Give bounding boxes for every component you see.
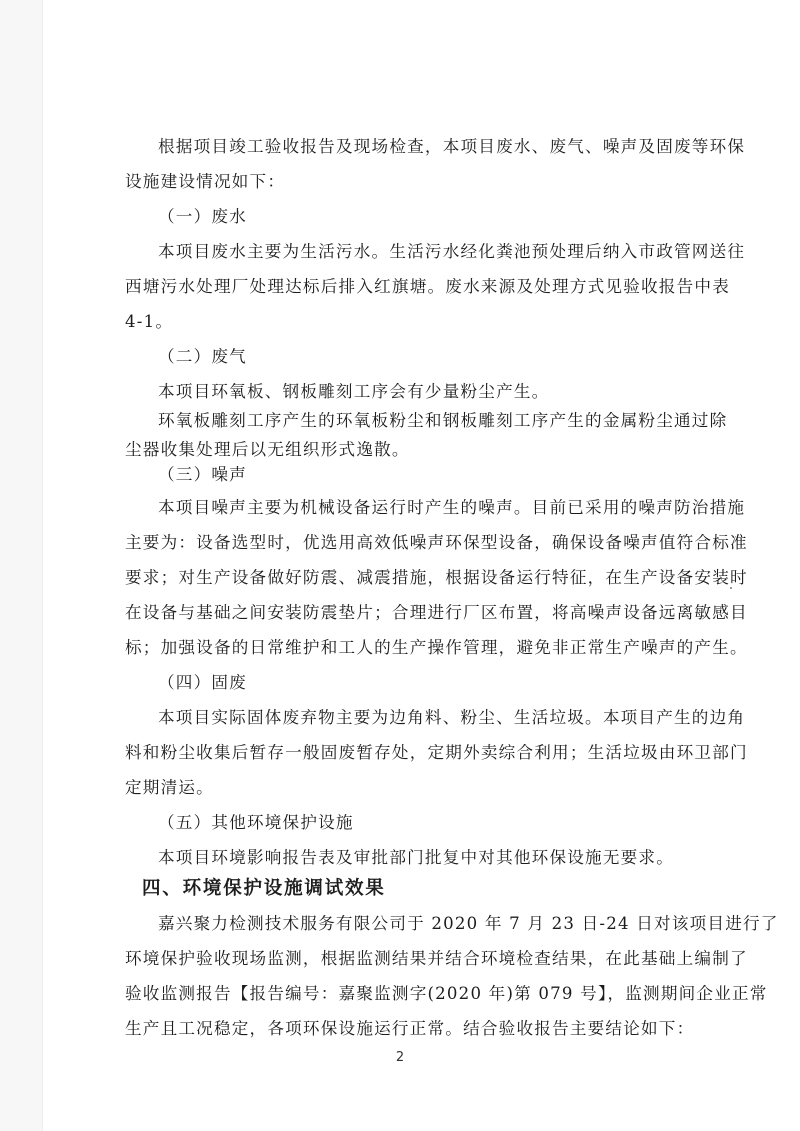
section-heading-other-facilities: （五）其他环境保护设施: [158, 812, 354, 834]
paragraph-line: 本项目环境影响报告表及审批部门批复中对其他环保设施无要求。: [158, 847, 680, 869]
paragraph-line: 主要为：设备选型时，优选用高效低噪声环保型设备，确保设备噪声值符合标准: [125, 532, 680, 554]
paragraph-line: 嘉兴聚力检测技术服务有限公司于 2020 年 7 月 23 日-24 日对该项目…: [158, 913, 680, 935]
paragraph-line: 环境保护验收现场监测，根据监测结果并结合环境检查结果，在此基础上编制了: [125, 948, 680, 970]
scan-speck: [730, 587, 732, 589]
paragraph-line: 西塘污水处理厂处理达标后排入红旗塘。废水来源及处理方式见验收报告中表: [125, 276, 680, 298]
paragraph-line: 本项目环氧板、钢板雕刻工序会有少量粉尘产生。: [158, 381, 680, 403]
intro-line: 根据项目竣工验收报告及现场检查，本项目废水、废气、噪声及固废等环保: [158, 136, 680, 158]
paragraph-line: 要求；对生产设备做好防震、减震措施，根据设备运行特征，在生产设备安装时: [125, 567, 680, 589]
page-number: 2: [393, 1050, 407, 1065]
paragraph-line: 环氧板雕刻工序产生的环氧板粉尘和钢板雕刻工序产生的金属粉尘通过除: [158, 410, 680, 432]
paragraph-line: 定期清运。: [125, 777, 680, 799]
document-page: 根据项目竣工验收报告及现场检查，本项目废水、废气、噪声及固废等环保 设施建设情况…: [0, 0, 800, 1131]
section-heading-solid-waste: （四）固废: [158, 672, 247, 694]
paragraph-line: 料和粉尘收集后暂存一般固废暂存处，定期外卖综合利用；生活垃圾由环卫部门: [125, 742, 680, 764]
section-heading-wastewater: （一）废水: [158, 206, 247, 228]
paragraph-line: 验收监测报告【报告编号：嘉聚监测字(2020 年)第 079 号】，监测期间企业…: [125, 983, 680, 1005]
paragraph-line: 本项目实际固体废弃物主要为边角料、粉尘、生活垃圾。本项目产生的边角: [158, 707, 680, 729]
section-heading-exhaust-gas: （二）废气: [158, 346, 247, 368]
paragraph-line: 在设备与基础之间安装防震垫片；合理进行厂区布置，将高噪声设备远离敏感目: [125, 602, 680, 624]
paragraph-line: 生产且工况稳定，各项环保设施运行正常。结合验收报告主要结论如下：: [125, 1018, 680, 1040]
intro-line: 设施建设情况如下：: [125, 171, 680, 193]
paragraph-line: 本项目废水主要为生活污水。生活污水经化粪池预处理后纳入市政管网送往: [158, 241, 680, 263]
paragraph-line: 本项目噪声主要为机械设备运行时产生的噪声。目前已采用的噪声防治措施: [158, 497, 680, 519]
chapter-heading-4: 四、环境保护设施调试效果: [142, 878, 386, 900]
section-heading-noise: （三）噪声: [158, 464, 247, 486]
paragraph-line: 4-1。: [125, 311, 680, 333]
paragraph-line: 尘器收集处理后以无组织形式逸散。: [125, 439, 680, 461]
paragraph-line: 标；加强设备的日常维护和工人的生产操作管理，避免非正常生产噪声的产生。: [125, 637, 680, 659]
